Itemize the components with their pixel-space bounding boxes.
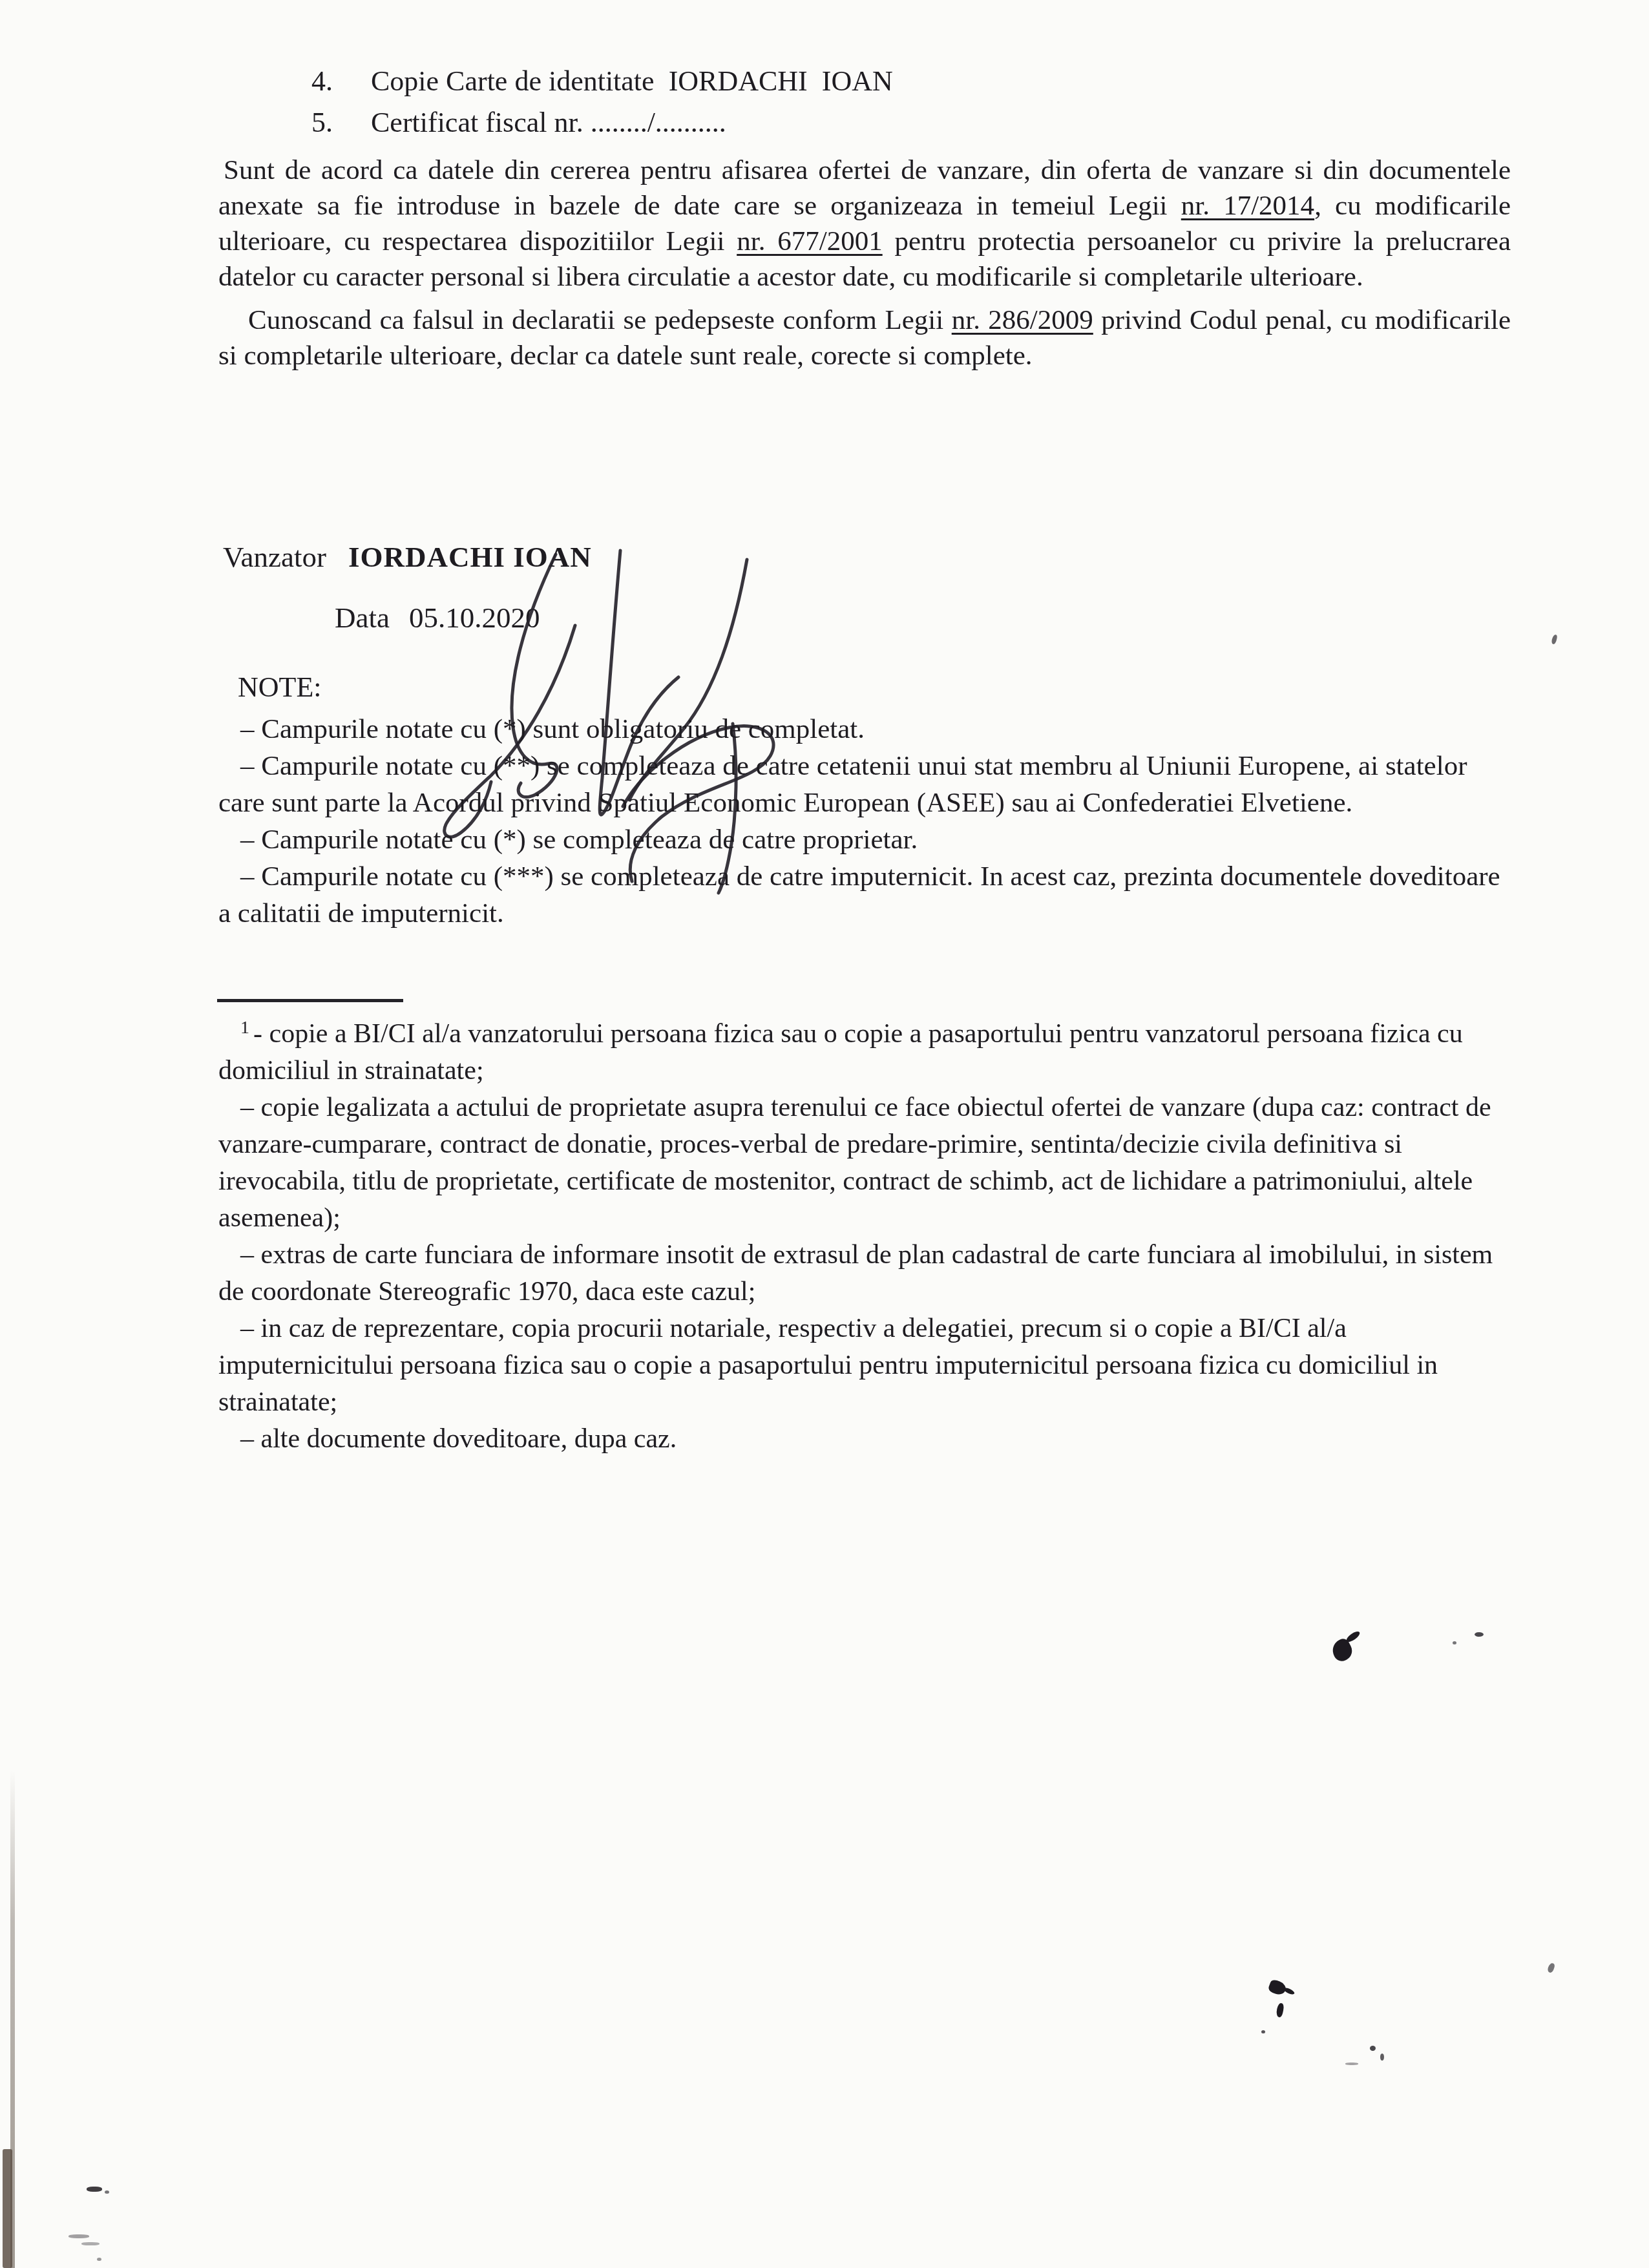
seller-label: Vanzator (223, 541, 326, 573)
declaration-paragraph: Cunoscand ca falsul in declaratii se ped… (218, 302, 1511, 373)
note-item: – Campurile notate cu (**) se completeaz… (218, 748, 1511, 821)
ink-speck (1345, 2063, 1358, 2065)
ink-speck (1551, 634, 1557, 644)
law-ref-286-2009: nr. 286/2009 (952, 305, 1093, 335)
note-item: – Campurile notate cu (***) se completea… (218, 858, 1511, 932)
law-ref-677-2001: nr. 677/2001 (737, 226, 883, 257)
footnote-item: – copie legalizata a actului de propriet… (218, 1089, 1518, 1237)
ink-blot (1283, 1987, 1295, 1996)
footnote-marker: 1 (240, 1018, 249, 1038)
note-item: – Campurile notate cu (*) se completeaza… (218, 821, 1511, 858)
list-item: 4.Copie Carte de identitate IORDACHI IOA… (311, 61, 893, 102)
footnote-text: - copie a BI/CI al/a vanzatorului persoa… (218, 1019, 1463, 1086)
attachments-list: 4.Copie Carte de identitate IORDACHI IOA… (311, 61, 893, 143)
pencil-mark (81, 2242, 100, 2245)
scan-edge-shadow (3, 2149, 12, 2268)
law-ref-17-2014: nr. 17/2014 (1181, 191, 1314, 221)
footnote-item: – extras de carte funciara de informare … (218, 1237, 1518, 1310)
declaration-text: Cunoscand ca falsul in declaratii se ped… (248, 305, 952, 335)
ink-blot (1276, 2002, 1285, 2018)
pencil-mark (68, 2234, 89, 2238)
footnote-item: – in caz de reprezentare, copia procurii… (218, 1310, 1518, 1421)
ink-speck (105, 2190, 109, 2194)
notes-list: – Campurile notate cu (*) sunt obligator… (218, 711, 1511, 932)
footnote-item: 1- copie a BI/CI al/a vanzatorului perso… (218, 1009, 1518, 1089)
consent-paragraph: Sunt de acord ca datele din cererea pent… (218, 152, 1511, 295)
list-item: 5.Certificat fiscal nr. ......../.......… (311, 102, 893, 143)
list-item-number: 5. (311, 102, 371, 143)
ink-blot (1345, 1630, 1361, 1644)
list-item-text: Copie Carte de identitate IORDACHI IOAN (371, 65, 893, 97)
footnote-item: – alte documente doveditoare, dupa caz. (218, 1421, 1518, 1458)
seller-line: VanzatorIORDACHI IOAN (223, 540, 592, 574)
list-item-number: 4. (311, 61, 371, 102)
ink-speck (1547, 1962, 1555, 1973)
ink-speck (97, 2258, 101, 2261)
ink-speck (1475, 1632, 1484, 1637)
ink-speck (1370, 2046, 1376, 2051)
notes-heading: NOTE: (238, 671, 322, 704)
ink-speck (1380, 2053, 1384, 2061)
date-label: Data (335, 602, 390, 634)
date-line: Data05.10.2020 (335, 601, 540, 635)
ink-speck (1453, 1641, 1456, 1644)
ink-speck (1261, 2030, 1265, 2033)
scanned-document-page: 4.Copie Carte de identitate IORDACHI IOA… (0, 0, 1649, 2268)
date-value: 05.10.2020 (409, 602, 540, 634)
list-item-text: Certificat fiscal nr. ......../.........… (371, 107, 726, 138)
note-item: – Campurile notate cu (*) sunt obligator… (218, 711, 1511, 748)
seller-name: IORDACHI IOAN (348, 541, 592, 573)
footnote-separator (217, 999, 403, 1002)
footnotes-list: 1- copie a BI/CI al/a vanzatorului perso… (218, 1009, 1518, 1458)
ink-speck (87, 2187, 102, 2192)
body-text: Sunt de acord ca datele din cererea pent… (218, 152, 1511, 373)
